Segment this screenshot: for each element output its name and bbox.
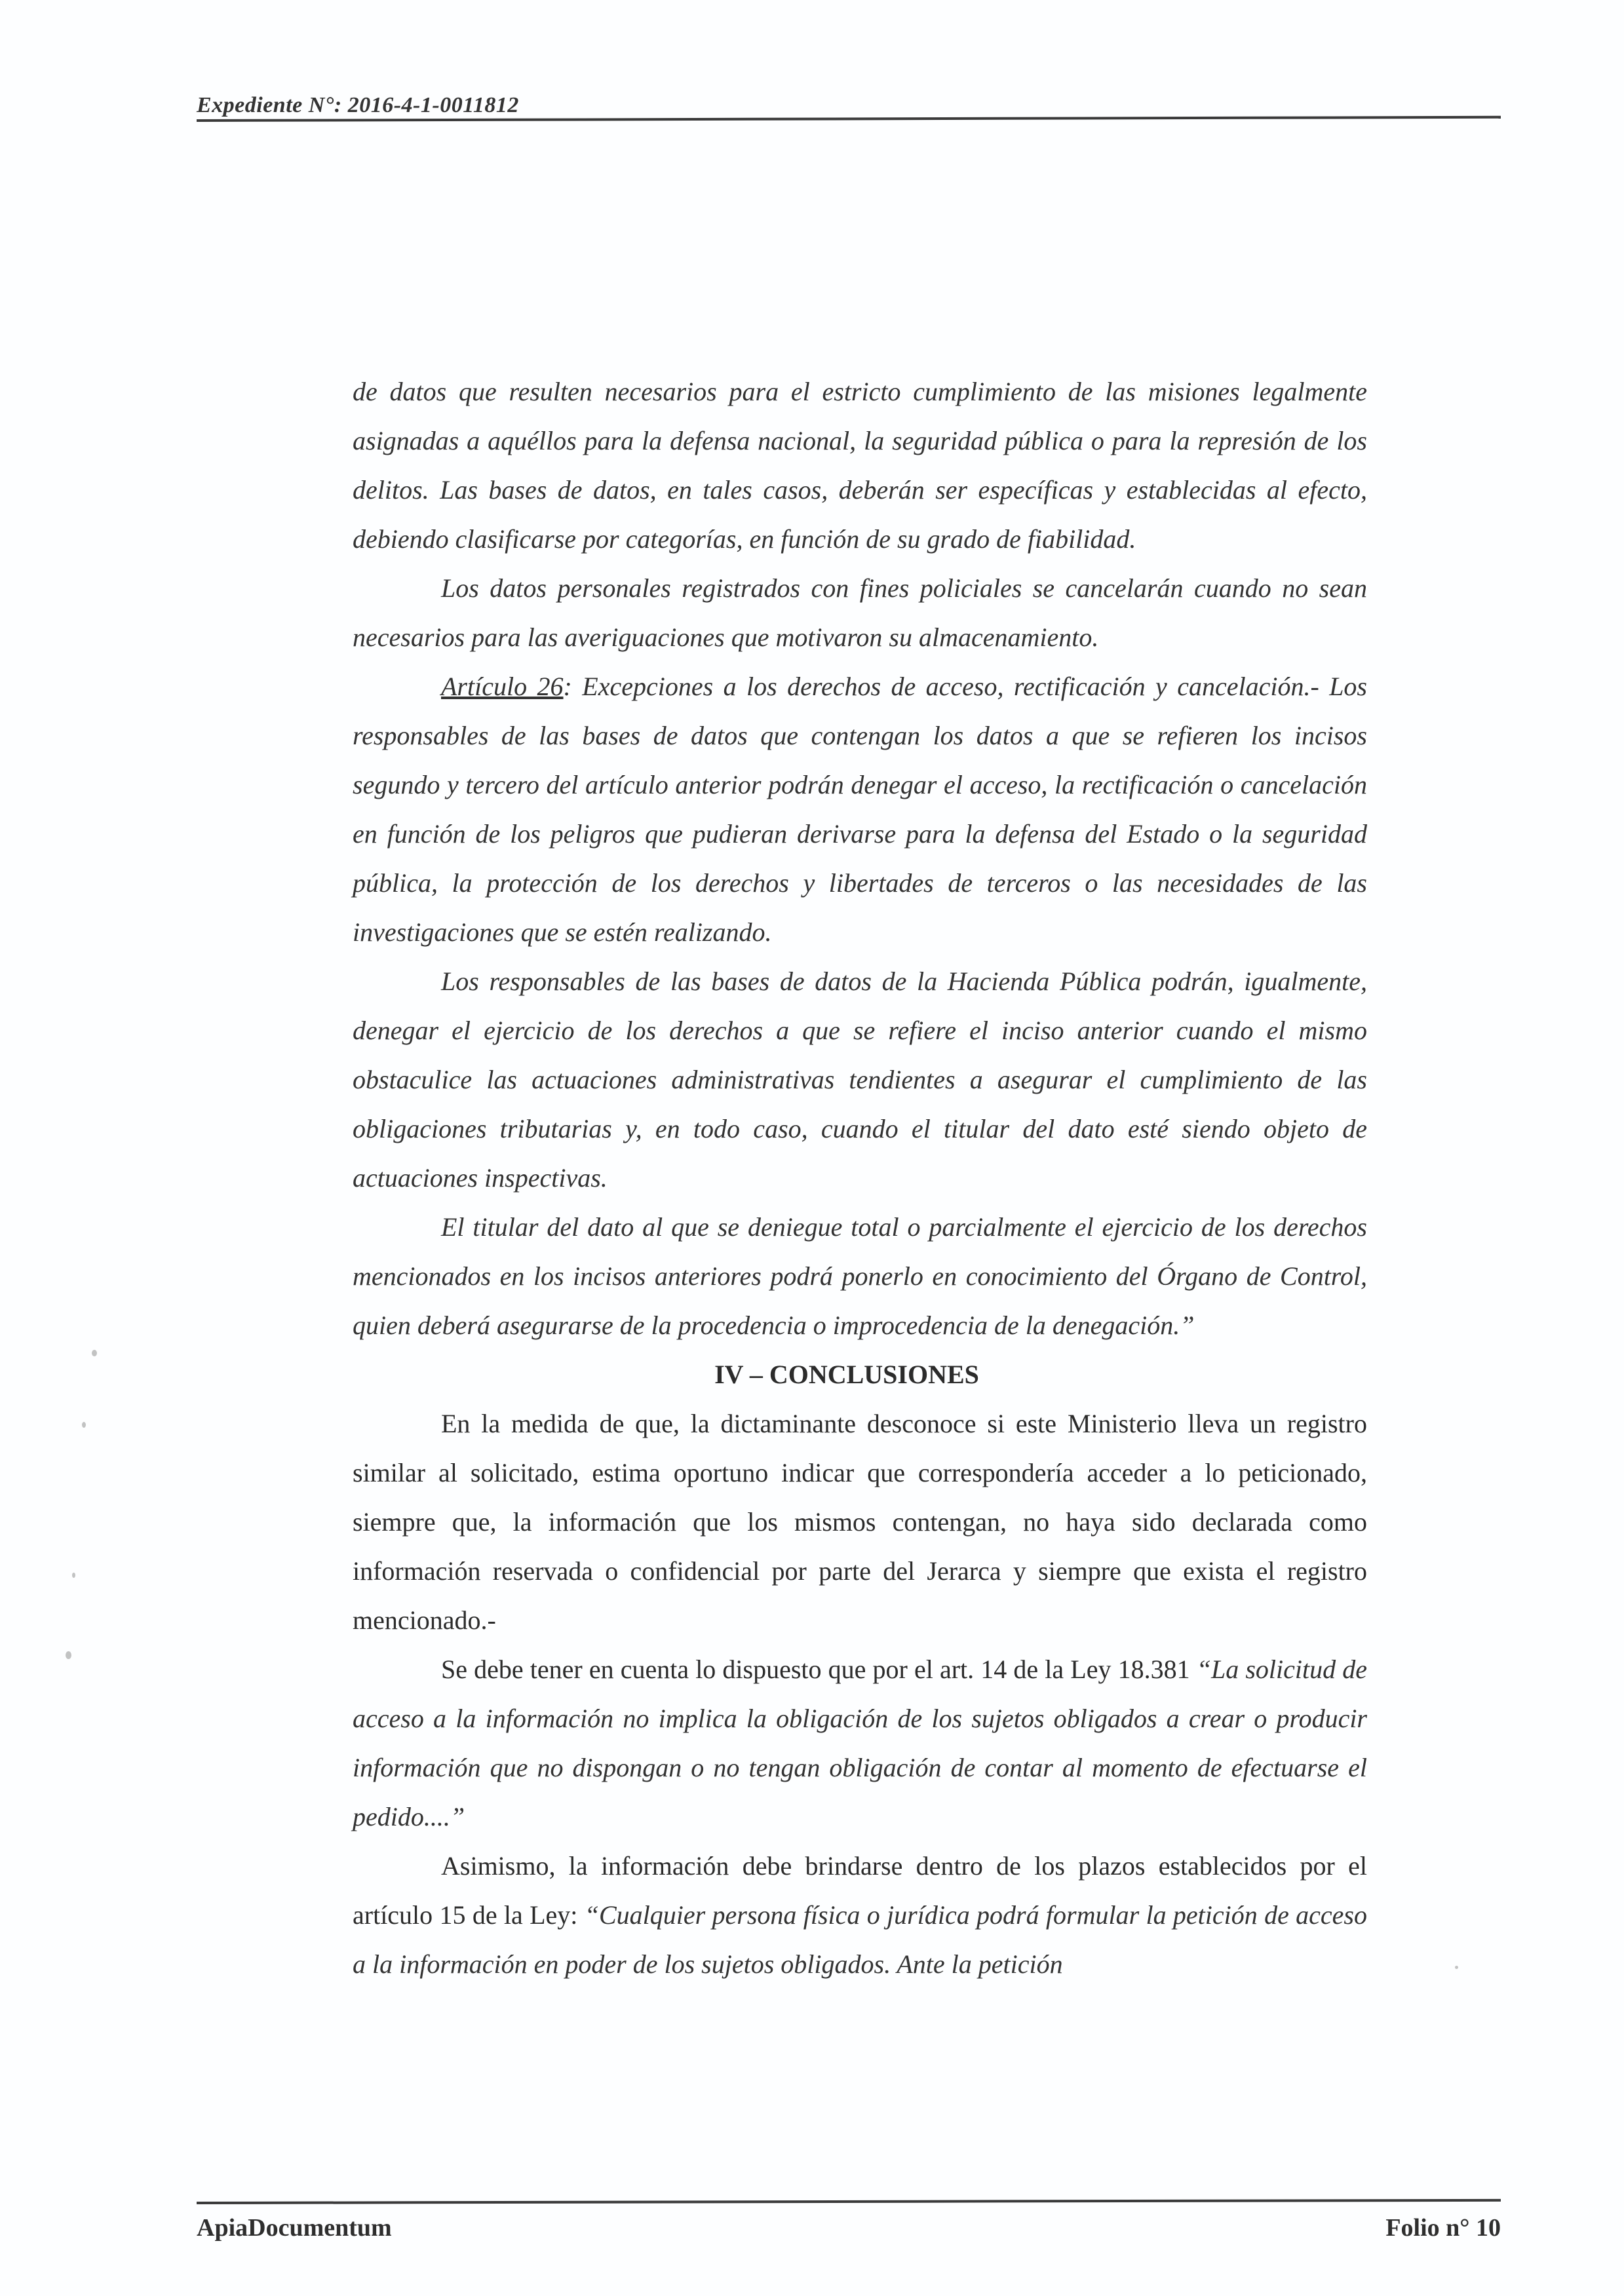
scan-artifact: [66, 1651, 71, 1659]
article-text: : Excepciones a los derechos de acceso, …: [353, 672, 1367, 947]
document-body: de datos que resulten necesarios para el…: [353, 367, 1367, 1989]
expediente-number: Expediente N°: 2016-4-1-0011812: [197, 93, 1501, 118]
scan-artifact: [1455, 1966, 1458, 1969]
scan-artifact: [82, 1422, 86, 1428]
section-title: IV – CONCLUSIONES: [353, 1350, 1367, 1399]
article-label: Artículo 26: [441, 672, 564, 701]
page-footer: ApiaDocumentum Folio n° 10: [197, 2202, 1501, 2242]
footer-divider: [197, 2199, 1501, 2204]
page-header: Expediente N°: 2016-4-1-0011812: [197, 93, 1501, 122]
quoted-paragraph: de datos que resulten necesarios para el…: [353, 367, 1367, 564]
folio-number: Folio n° 10: [1385, 2213, 1501, 2242]
quoted-paragraph: El titular del dato al que se deniegue t…: [353, 1202, 1367, 1350]
article-26-paragraph: Artículo 26: Excepciones a los derechos …: [353, 662, 1367, 957]
conclusion-lead: Se debe tener en cuenta lo dispuesto que…: [441, 1655, 1197, 1684]
scan-artifact: [92, 1350, 97, 1356]
scan-artifact: [72, 1573, 75, 1578]
quoted-paragraph: Los responsables de las bases de datos d…: [353, 957, 1367, 1202]
conclusion-paragraph: Asimismo, la información debe brindarse …: [353, 1841, 1367, 1989]
quoted-paragraph: Los datos personales registrados con fin…: [353, 564, 1367, 662]
conclusion-paragraph: En la medida de que, la dictaminante des…: [353, 1399, 1367, 1645]
conclusion-paragraph: Se debe tener en cuenta lo dispuesto que…: [353, 1645, 1367, 1841]
footer-brand: ApiaDocumentum: [197, 2213, 392, 2242]
